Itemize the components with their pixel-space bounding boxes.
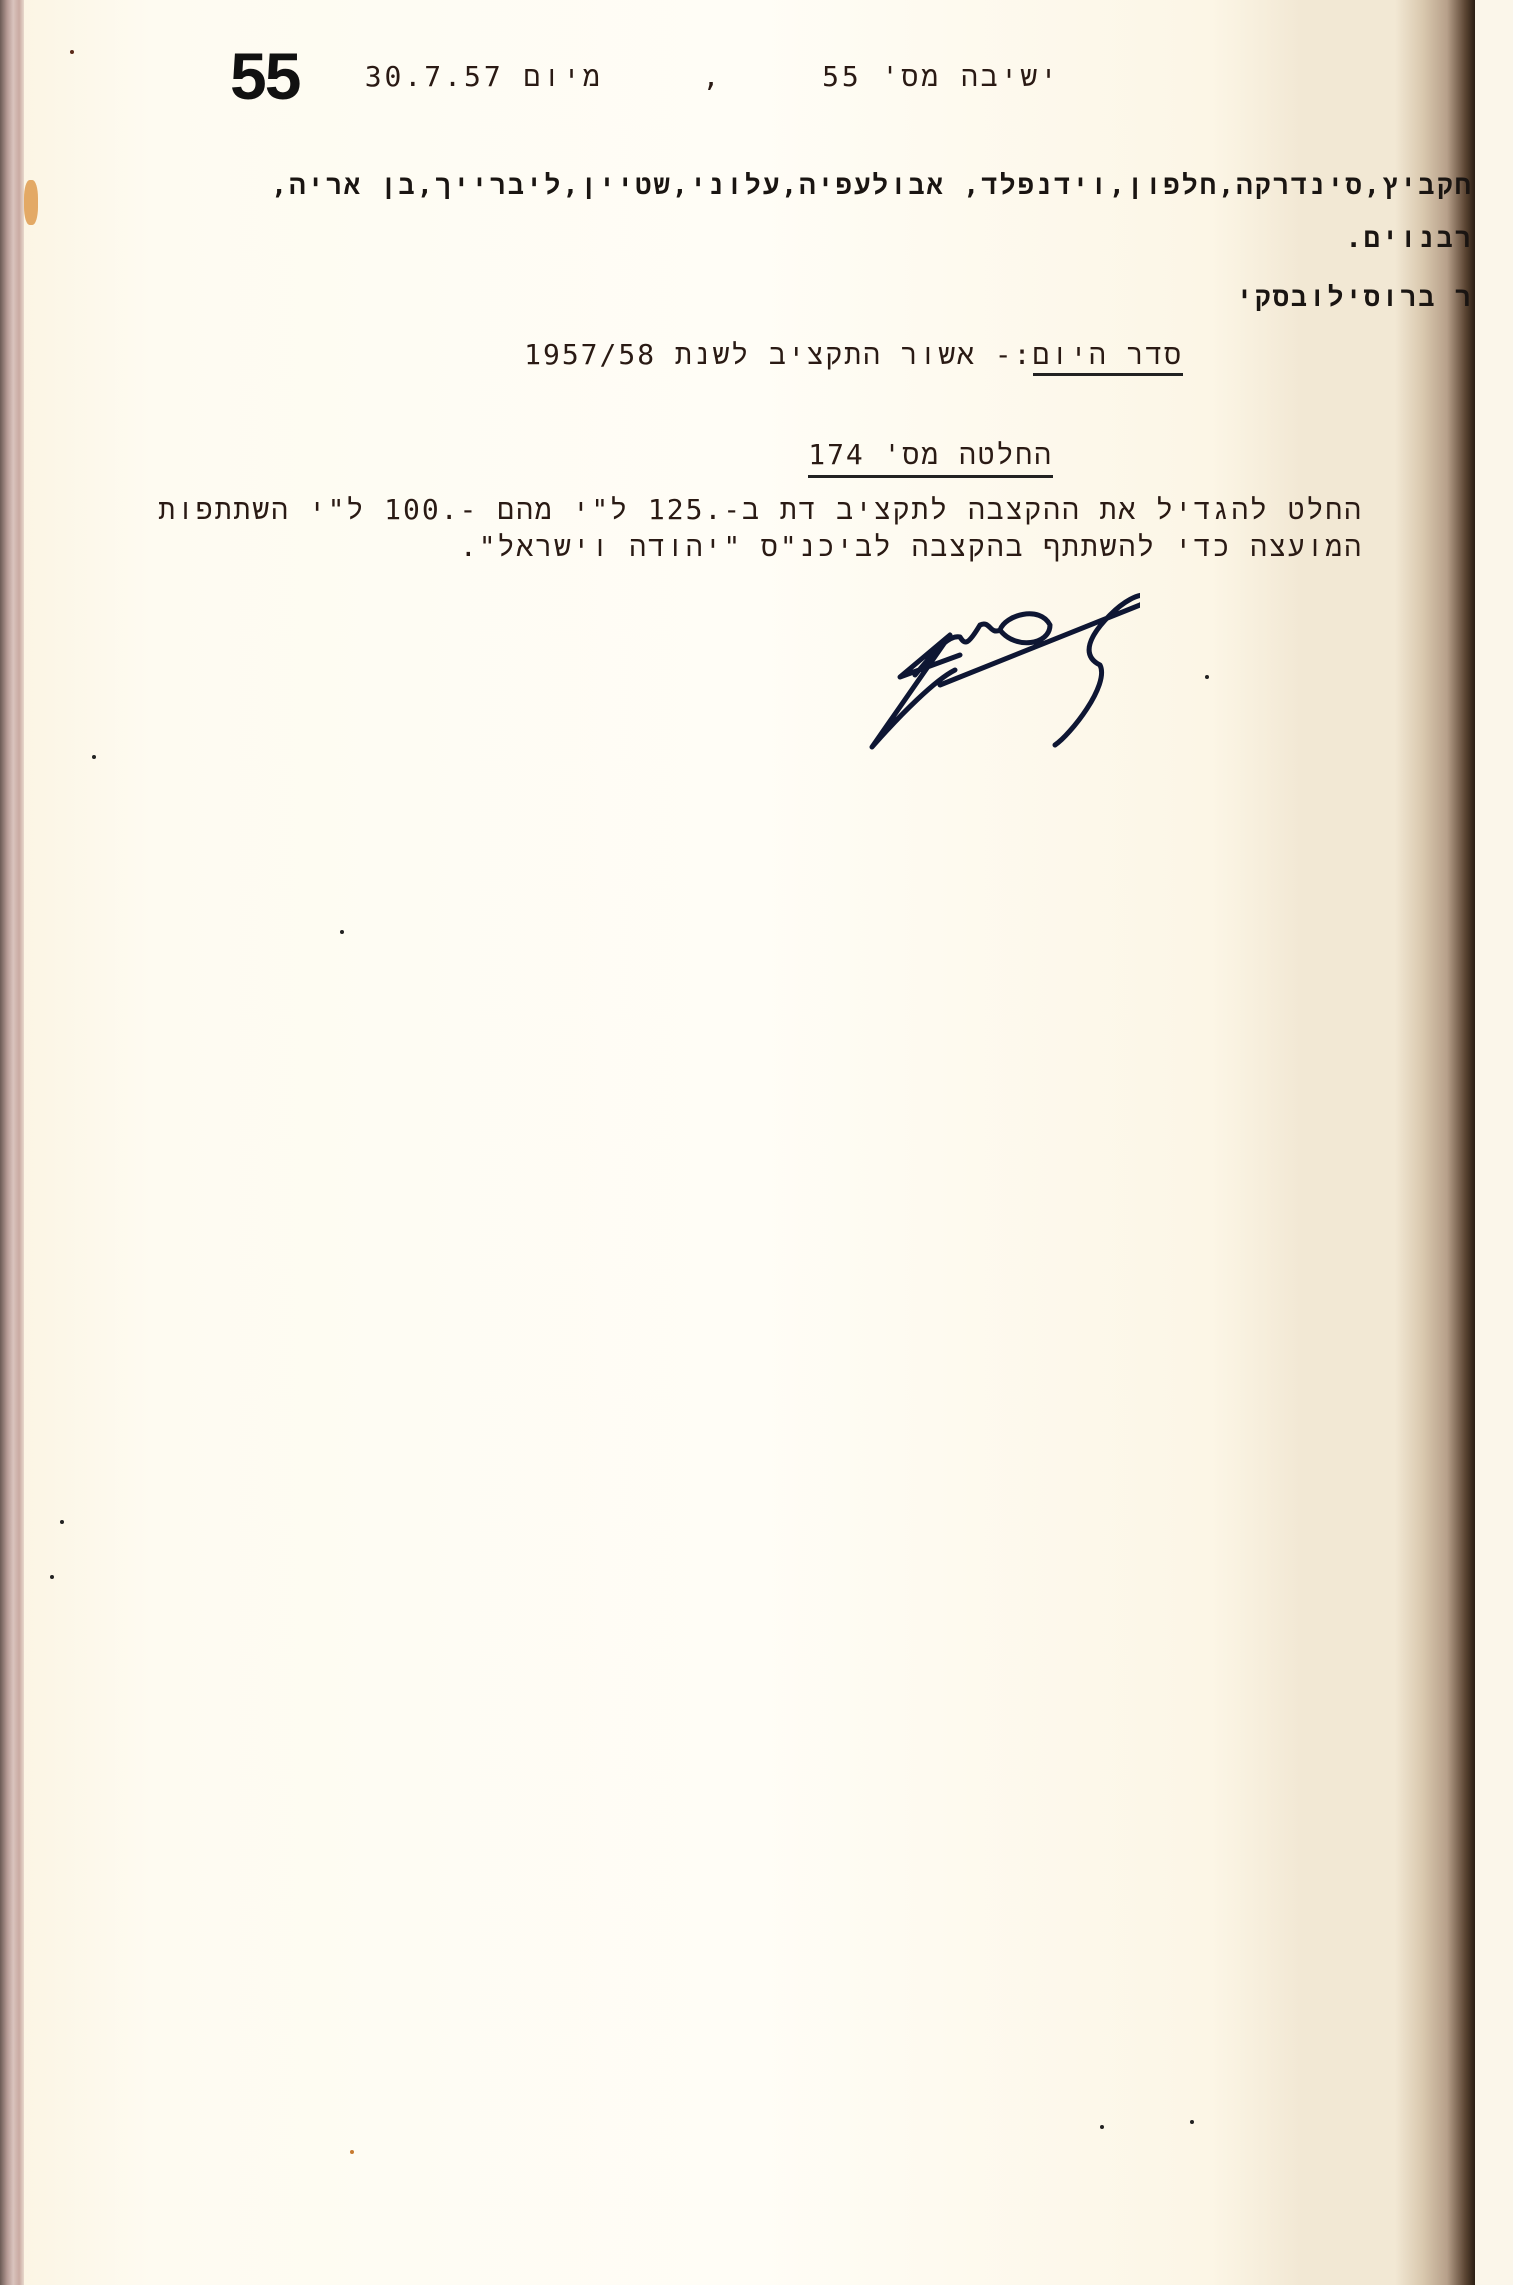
- signature: [840, 575, 1140, 755]
- meeting-date: מיום 30.7.57: [365, 60, 603, 93]
- agenda-label: סדר היום: [1033, 338, 1183, 376]
- paper-stain: [24, 180, 38, 225]
- binding-strip: [0, 0, 24, 2285]
- agenda-line: סדר היום:- אשור התקציב לשנת 1957/58: [524, 338, 1183, 373]
- agenda-text: :- אשור התקציב לשנת 1957/58: [524, 338, 1032, 371]
- meeting-number: ישיבה מס' 55: [822, 60, 1060, 93]
- ink-speck: [1205, 675, 1209, 679]
- resolution-title: החלטה מס' 174: [808, 438, 1053, 478]
- resolution-body-line-2: המועצה כדי להשתתף בהקצבה לביכנ"ס "יהודה …: [460, 530, 1363, 565]
- ink-speck: [350, 2150, 354, 2154]
- ink-speck: [60, 1520, 64, 1524]
- attendees-line-1: חקביץ,סינדרקה,חלפון,וידנפלד, אבולעפיה,על…: [271, 170, 1473, 203]
- next-page-edge: [1475, 0, 1513, 2285]
- page-fold-shadow: [1395, 0, 1475, 2285]
- ink-speck: [340, 930, 344, 934]
- header-separator: ,: [703, 60, 723, 93]
- ink-speck: [1190, 2120, 1194, 2124]
- ink-speck: [70, 50, 74, 54]
- ink-speck: [1100, 2125, 1104, 2129]
- ink-speck: [92, 755, 96, 759]
- meeting-header: ישיבה מס' 55 , מיום 30.7.57: [420, 60, 1060, 95]
- chair-line: ר ברוסילובסקי: [1236, 282, 1473, 315]
- ink-speck: [50, 1575, 54, 1579]
- page-number: 55: [230, 38, 299, 114]
- resolution-body-line-1: החלט להגדיל את ההקצבה לתקציב דת ב-.125 ל…: [158, 493, 1363, 528]
- attendees-line-2: רבנוים.: [1346, 223, 1473, 256]
